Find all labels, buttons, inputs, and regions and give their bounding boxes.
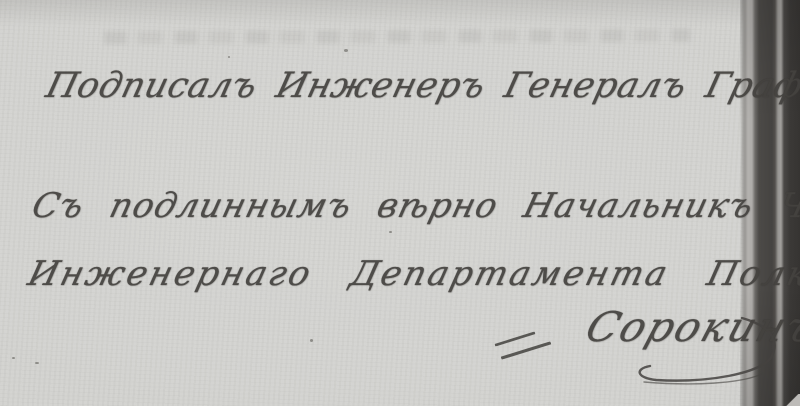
ink-speck — [389, 231, 392, 233]
manuscript-line-department-title: Инженернаго Департамента Полковникъ — [24, 254, 800, 294]
ink-speck — [35, 362, 39, 364]
ink-speck — [344, 49, 348, 52]
signature-name: Сорокинъ — [580, 303, 800, 351]
ink-speck — [228, 56, 230, 58]
signature-dash-mark — [494, 331, 536, 346]
bleedthrough-smudge — [104, 29, 690, 45]
manuscript-line-certification: Съ подлиннымъ вѣрно Начальникъ Чертежной — [28, 186, 800, 226]
manuscript-line-signed-by: Подписалъ Инженеръ Генералъ Графъ Опперм… — [42, 66, 800, 106]
document-scan: Подписалъ Инженеръ Генералъ Графъ Опперм… — [0, 0, 800, 406]
page-corner-notch — [786, 394, 800, 406]
ink-speck — [12, 357, 15, 359]
signature-dash-mark — [500, 341, 552, 360]
ink-speck — [310, 339, 313, 342]
